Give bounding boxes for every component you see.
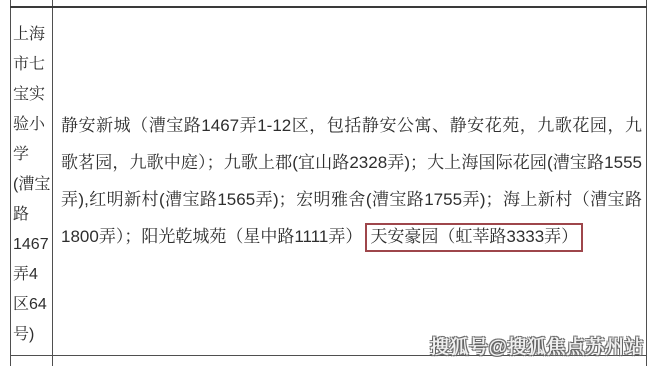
school-name-line: 学	[13, 140, 52, 170]
table-border-right	[646, 0, 647, 366]
page: 上海市七宝实验小学(漕宝路1467弄4区64号) 静安新城（漕宝路1467弄1-…	[0, 0, 656, 366]
school-name-cell: 上海市七宝实验小学(漕宝路1467弄4区64号)	[11, 7, 52, 355]
school-name-line: 弄4	[13, 260, 52, 290]
school-name-line: 号)	[13, 320, 52, 350]
school-name-line: 上海	[13, 20, 52, 50]
school-name-line: (漕宝	[13, 170, 52, 200]
district-cell: 静安新城（漕宝路1467弄1-12区，包括静安公寓、静安花苑，九歌花园，九歌茗园…	[53, 7, 646, 355]
school-name-line: 验小	[13, 110, 52, 140]
highlight-box: 天安豪园（虹莘路3333弄）	[365, 223, 583, 252]
school-name-line: 宝实	[13, 80, 52, 110]
watermark: 搜狐号@搜狐焦点苏州站	[430, 332, 644, 359]
school-name-line: 市七	[13, 50, 52, 80]
school-name-line: 1467	[13, 230, 52, 260]
district-text: 静安新城（漕宝路1467弄1-12区，包括静安公寓、静安花苑，九歌花园，九歌茗园…	[53, 107, 646, 255]
school-name-line: 路	[13, 200, 52, 230]
school-name-line: 区64	[13, 290, 52, 320]
